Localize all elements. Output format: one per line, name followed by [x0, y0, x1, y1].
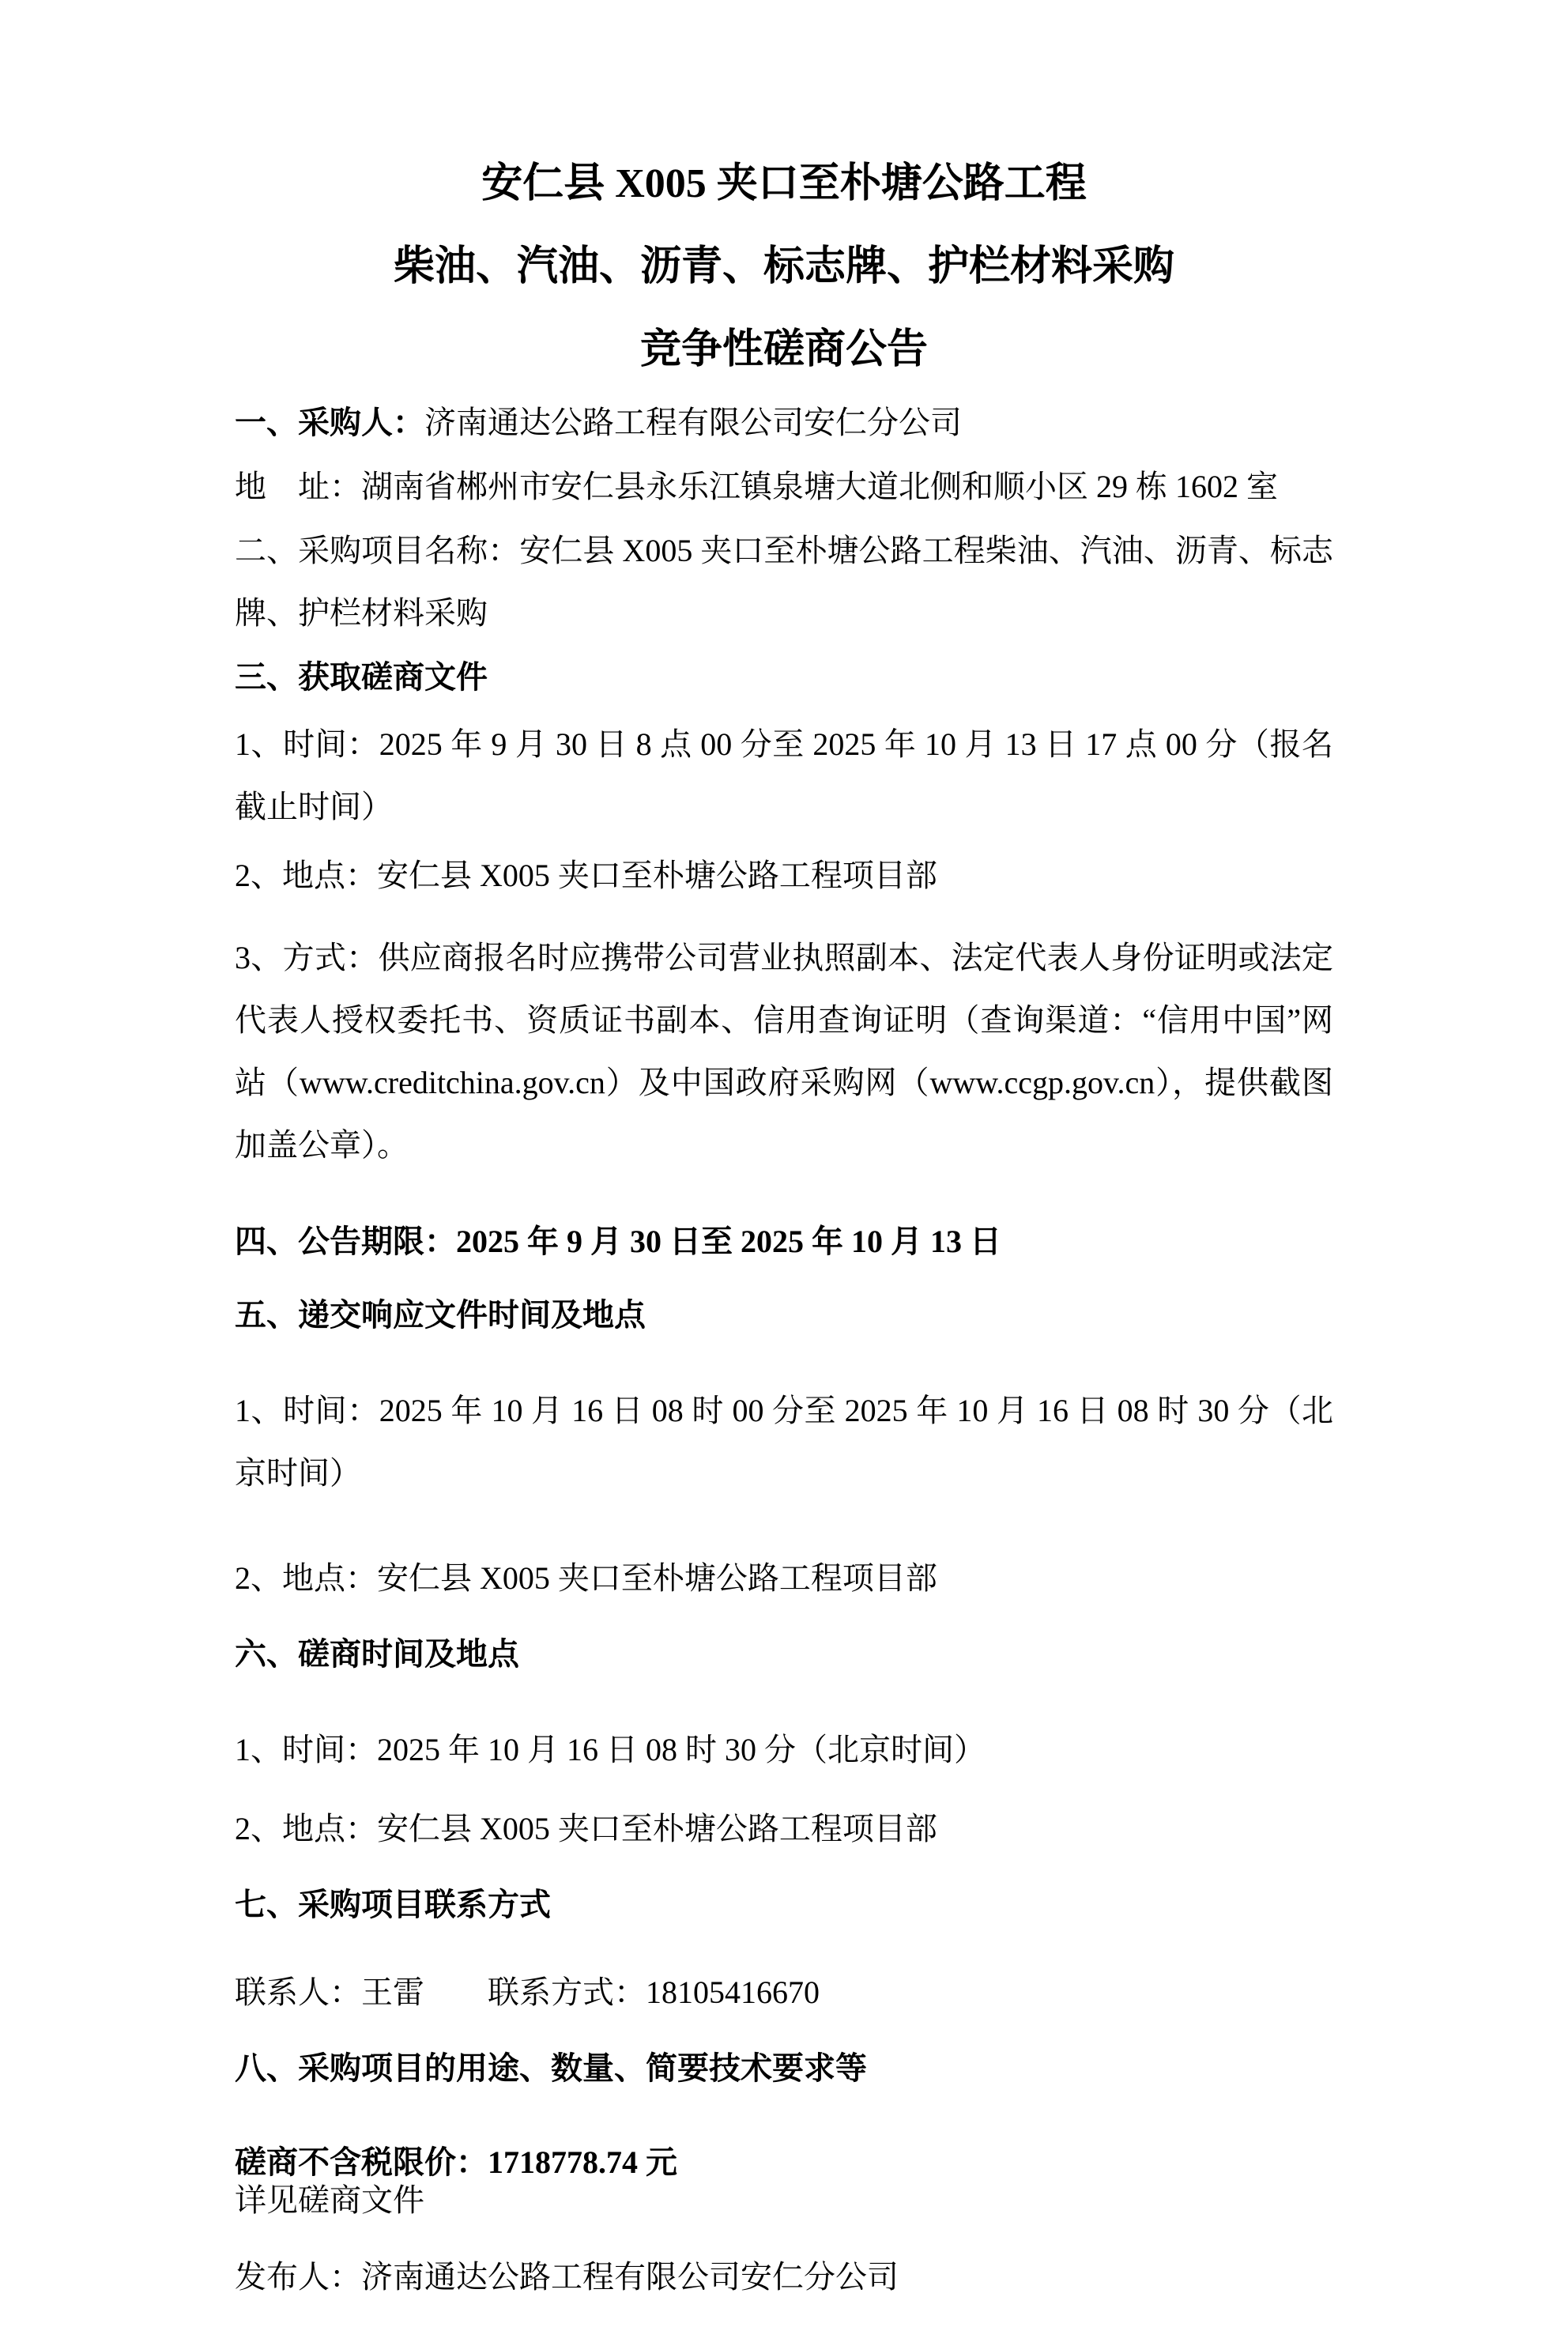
submission-heading: 五、递交响应文件时间及地点: [235, 1297, 646, 1333]
paragraph-price-limit: 磋商不含税限价：1718778.74 元: [235, 2144, 1333, 2182]
paragraph-contact-info: 联系人：王雷 联系方式：18105416670: [235, 1961, 1333, 2023]
document-page: 安仁县 X005 夹口至朴塘公路工程 柴油、汽油、沥青、标志牌、护栏材料采购 竞…: [235, 0, 1333, 2296]
paragraph-obtain-place: 2、地点：安仁县 X005 夹口至朴塘公路工程项目部: [235, 844, 1333, 907]
paragraph-consultation-time: 1、时间：2025 年 10 月 16 日 08 时 30 分（北京时间）: [235, 1718, 1333, 1781]
publisher-value: 发布人：济南通达公路工程有限公司安仁分公司: [235, 2259, 899, 2295]
paragraph-obtain-time: 1、时间：2025 年 9 月 30 日 8 点 00 分至 2025 年 10…: [235, 713, 1333, 838]
consultation-place-value: 2、地点：安仁县 X005 夹口至朴塘公路工程项目部: [235, 1811, 937, 1846]
purchaser-label: 一、采购人：: [235, 405, 424, 440]
doc-title-line-2: 柴油、汽油、沥青、标志牌、护栏材料采购: [235, 225, 1333, 308]
paragraph-purchaser: 一、采购人：济南通达公路工程有限公司安仁分公司: [235, 391, 1333, 454]
project-name-value: 二、采购项目名称：安仁县 X005 夹口至朴塘公路工程柴油、汽油、沥青、标志牌、…: [235, 533, 1333, 631]
paragraph-obtain-method: 3、方式：供应商报名时应携带公司营业执照副本、法定代表人身份证明或法定代表人授权…: [235, 926, 1333, 1176]
section-heading-obtain-documents: 三、获取磋商文件: [235, 646, 1333, 708]
doc-title-line-3: 竞争性磋商公告: [235, 308, 1333, 391]
section-heading-announcement-period: 四、公告期限：2025 年 9 月 30 日至 2025 年 10 月 13 日: [235, 1210, 1333, 1273]
contact-heading: 七、采购项目联系方式: [235, 1887, 551, 1922]
price-limit-value: 磋商不含税限价：1718778.74 元: [235, 2144, 677, 2180]
paragraph-see-documents: 详见磋商文件: [235, 2182, 1333, 2220]
paragraph-submission-time: 1、时间：2025 年 10 月 16 日 08 时 00 分至 2025 年 …: [235, 1379, 1333, 1504]
doc-title-line-1: 安仁县 X005 夹口至朴塘公路工程: [235, 142, 1333, 225]
consultation-heading: 六、磋商时间及地点: [235, 1636, 519, 1672]
doc-title: 安仁县 X005 夹口至朴塘公路工程 柴油、汽油、沥青、标志牌、护栏材料采购 竞…: [235, 142, 1333, 391]
section-heading-requirements: 八、采购项目的用途、数量、简要技术要求等: [235, 2037, 1333, 2099]
purchaser-value: 济南通达公路工程有限公司安仁分公司: [424, 405, 962, 440]
section-heading-submission: 五、递交响应文件时间及地点: [235, 1284, 1333, 1346]
section-heading-contact: 七、采购项目联系方式: [235, 1873, 1333, 1936]
submission-time-value: 1、时间：2025 年 10 月 16 日 08 时 00 分至 2025 年 …: [235, 1393, 1333, 1491]
section-heading-consultation: 六、磋商时间及地点: [235, 1623, 1333, 1685]
paragraph-consultation-place: 2、地点：安仁县 X005 夹口至朴塘公路工程项目部: [235, 1797, 1333, 1860]
submission-place-value: 2、地点：安仁县 X005 夹口至朴塘公路工程项目部: [235, 1560, 937, 1596]
see-documents-value: 详见磋商文件: [235, 2182, 424, 2218]
obtain-method-value: 3、方式：供应商报名时应携带公司营业执照副本、法定代表人身份证明或法定代表人授权…: [235, 940, 1333, 1163]
paragraph-address: 地 址：湖南省郴州市安仁县永乐江镇泉塘大道北侧和顺小区 29 栋 1602 室: [235, 455, 1333, 518]
announcement-period-heading: 四、公告期限：2025 年 9 月 30 日至 2025 年 10 月 13 日: [235, 1224, 1001, 1259]
obtain-place-value: 2、地点：安仁县 X005 夹口至朴塘公路工程项目部: [235, 858, 937, 893]
paragraph-submission-place: 2、地点：安仁县 X005 夹口至朴塘公路工程项目部: [235, 1547, 1333, 1609]
address-value: 地 址：湖南省郴州市安仁县永乐江镇泉塘大道北侧和顺小区 29 栋 1602 室: [235, 469, 1278, 504]
obtain-documents-heading: 三、获取磋商文件: [235, 659, 488, 695]
obtain-time-value: 1、时间：2025 年 9 月 30 日 8 点 00 分至 2025 年 10…: [235, 726, 1333, 824]
paragraph-project-name: 二、采购项目名称：安仁县 X005 夹口至朴塘公路工程柴油、汽油、沥青、标志牌、…: [235, 519, 1333, 644]
contact-info-value: 联系人：王雷 联系方式：18105416670: [235, 1974, 820, 2010]
requirements-heading: 八、采购项目的用途、数量、简要技术要求等: [235, 2050, 867, 2086]
consultation-time-value: 1、时间：2025 年 10 月 16 日 08 时 30 分（北京时间）: [235, 1732, 986, 1767]
paragraph-publisher: 发布人：济南通达公路工程有限公司安仁分公司: [235, 2258, 1333, 2296]
